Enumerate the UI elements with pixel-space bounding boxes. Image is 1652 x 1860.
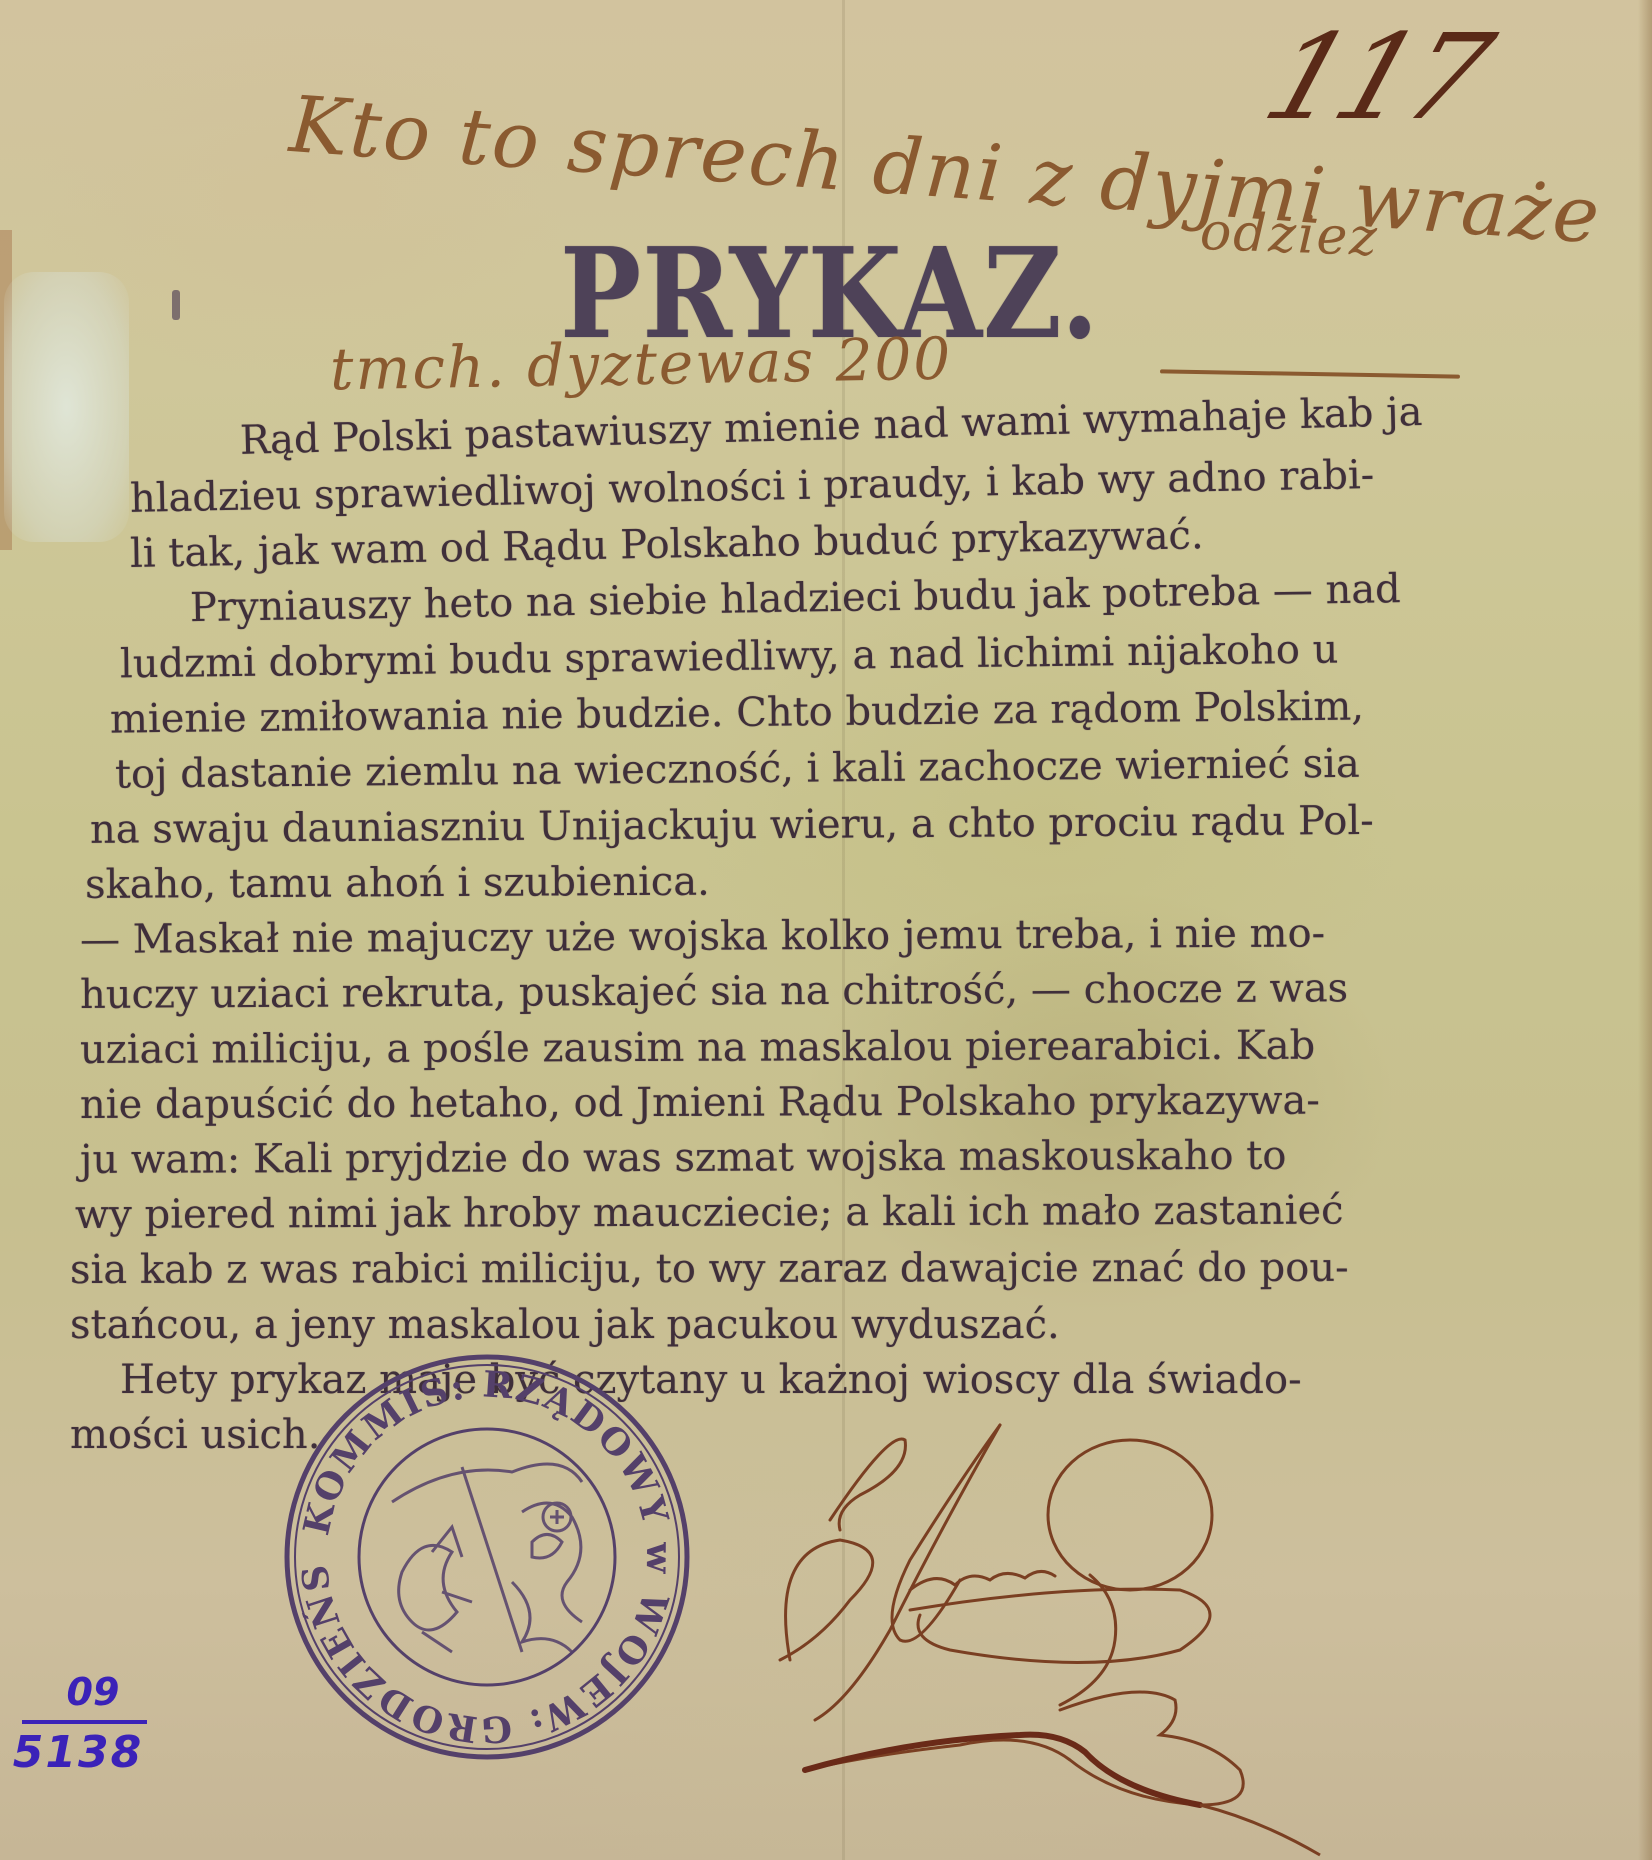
handwritten-note-top-continuation: odzież — [1199, 202, 1380, 268]
inventory-mark-divider — [22, 1720, 147, 1724]
body-line: na swaju dauniaszniu Unijackuju wieru, a… — [70, 793, 1530, 858]
inventory-mark-top: 09 — [8, 1672, 148, 1712]
official-seal-stamp: KOMMIS: RZĄDOWY w WOJEW: GRODZIEŃSKIEM ✱ — [282, 1352, 692, 1762]
body-line: nie dapuścić do hetaho, od Jmieni Rądu P… — [70, 1073, 1530, 1133]
body-line: toj dastanie ziemlu na wieczność, i kali… — [70, 735, 1530, 803]
body-line: — Maskał nie majuczy uże wojska kolko je… — [70, 905, 1530, 968]
body-line: ju wam: Kali pryjdzie do was szmat wojsk… — [70, 1128, 1530, 1188]
ink-blot — [172, 290, 180, 320]
paper-edge-right — [1638, 0, 1652, 1860]
body-line: huczy uziaci rekruta, puskajeć sia na ch… — [70, 960, 1530, 1023]
document-page: Kto to sprech dni z dyjmi wraże odzież 1… — [0, 0, 1652, 1860]
seal-emblem-icon: KOMMIS: RZĄDOWY w WOJEW: GRODZIEŃSKIEM ✱ — [282, 1352, 692, 1762]
inventory-mark-bottom: 5138 — [8, 1730, 148, 1776]
inventory-mark: 09 5138 — [8, 1672, 148, 1776]
document-body: Rąd Polski pastawiuszy mienie nad wami w… — [70, 418, 1530, 1463]
body-line: sia kab z was rabici miliciju, to wy zar… — [70, 1240, 1530, 1298]
body-line: skaho, tamu ahoń i szubienica. — [70, 850, 1530, 913]
svg-text:KOMMIS: RZĄDOWY w WOJEW: GRODZ: KOMMIS: RZĄDOWY w WOJEW: GRODZIEŃSKIEM ✱ — [282, 1352, 680, 1751]
handwritten-signature — [760, 1400, 1640, 1860]
archive-number: 117 — [1250, 8, 1502, 146]
handwritten-note-below-title: tmch. dyztewas 200 — [329, 325, 952, 404]
body-line: wy piered nimi jak hroby maucziecie; a k… — [70, 1183, 1530, 1243]
body-line: stańcou, a jeny maskalou jak pacukou wyd… — [70, 1298, 1530, 1353]
signature-flourish-icon — [760, 1400, 1640, 1860]
body-line: uziaci miliciju, a pośle zausim na maska… — [70, 1018, 1530, 1078]
handwritten-underline — [1160, 369, 1460, 378]
